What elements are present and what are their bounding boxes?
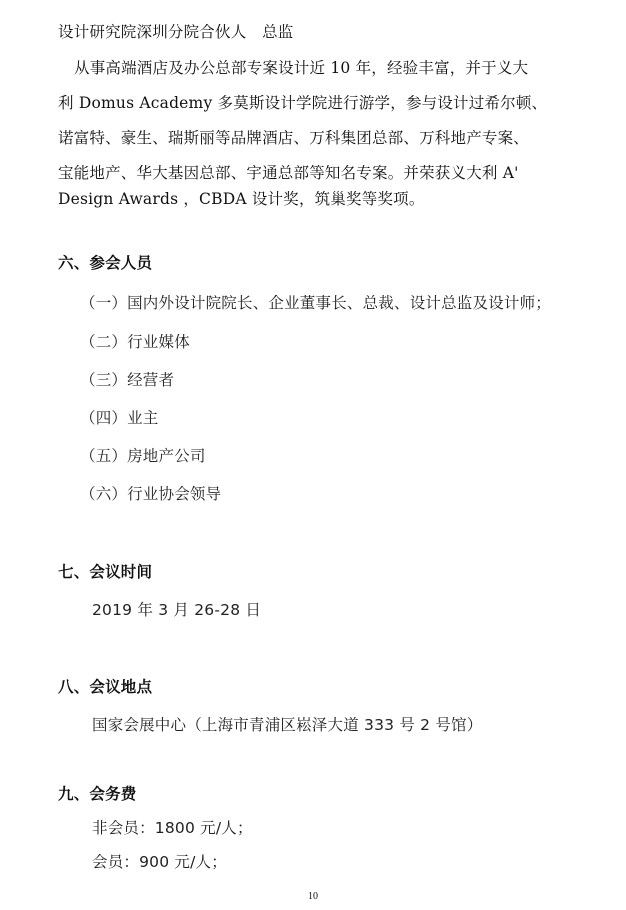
bio-line-4: 宝能地产、华大基因总部、宇通总部等知名专案。并荣获义大利 A' bbox=[58, 163, 519, 183]
attendee-item-1: （一）国内外设计院院长、企业董事长、总裁、设计总监及设计师； bbox=[80, 293, 551, 313]
section-heading-time: 七、会议时间 bbox=[58, 562, 152, 582]
bio-line-2: 利 Domus Academy 多莫斯设计学院进行游学，参与设计过希尔顿、 bbox=[58, 93, 547, 113]
page-number: 10 bbox=[0, 891, 626, 902]
section-heading-fee: 九、会务费 bbox=[58, 784, 137, 804]
meeting-date: 2019 年 3 月 26-28 日 bbox=[92, 600, 261, 620]
attendee-item-5: （五）房地产公司 bbox=[80, 446, 206, 466]
attendee-item-6: （六）行业协会领导 bbox=[80, 484, 221, 504]
attendee-item-3: （三）经营者 bbox=[80, 370, 174, 390]
section-heading-venue: 八、会议地点 bbox=[58, 677, 152, 697]
bio-line-3: 诺富特、豪生、瑞斯丽等品牌酒店、万科集团总部、万科地产专案、 bbox=[58, 128, 529, 148]
document-page: 设计研究院深圳分院合伙人 总监 从事高端酒店及办公总部专案设计近 10 年，经验… bbox=[0, 0, 626, 910]
fee-member: 会员：900 元/人； bbox=[92, 852, 227, 872]
attendee-item-4: （四）业主 bbox=[80, 408, 159, 428]
fee-non-member: 非会员：1800 元/人； bbox=[92, 818, 253, 838]
attendee-item-2: （二）行业媒体 bbox=[80, 332, 190, 352]
bio-title-line: 设计研究院深圳分院合伙人 总监 bbox=[58, 22, 294, 42]
bio-line-1: 从事高端酒店及办公总部专案设计近 10 年，经验丰富，并于义大 bbox=[74, 58, 528, 78]
section-heading-attendees: 六、参会人员 bbox=[58, 253, 152, 273]
bio-line-5: Design Awards ，CBDA 设计奖，筑巢奖等奖项。 bbox=[58, 189, 425, 209]
meeting-venue: 国家会展中心（上海市青浦区崧泽大道 333 号 2 号馆） bbox=[92, 715, 482, 735]
